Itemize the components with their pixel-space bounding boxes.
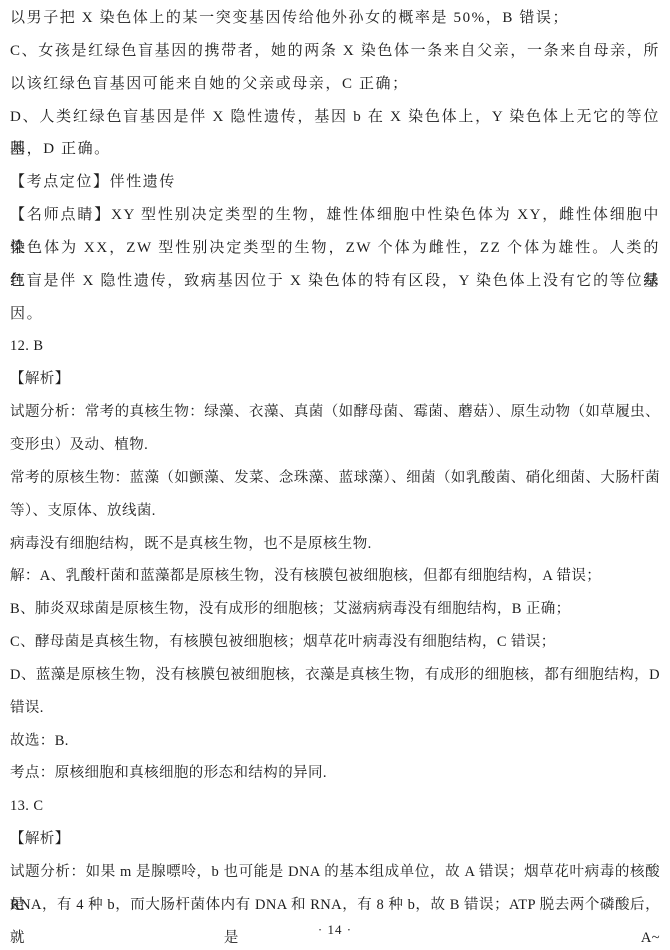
- text-line: C、女孩是红绿色盲基因的携带者，她的两条 X 染色体一条来自父亲，一条来自母亲，…: [10, 35, 660, 68]
- text-line: RNA，有 4 种 b，而大肠杆菌体内有 DNA 和 RNA，有 8 种 b，故…: [10, 889, 660, 922]
- text-line: 等）、支原体、放线菌.: [10, 495, 660, 528]
- text-line: 以男子把 X 染色体上的某一突变基因传给他外孙女的概率是 50%，B 错误；: [10, 2, 660, 35]
- text-line: 故选：B.: [10, 725, 660, 758]
- text-line: 常考的原核生物：蓝藻（如颤藻、发菜、念珠藻、蓝球藻）、细菌（如乳酸菌、硝化细菌、…: [10, 462, 660, 495]
- text-line: 【考点定位】伴性遗传: [10, 166, 660, 199]
- text-line: B、肺炎双球菌是原核生物，没有成形的细胞核；艾滋病病毒没有细胞结构，B 正确；: [10, 593, 660, 626]
- text-line: 12. B: [10, 330, 660, 363]
- page-number: · 14 ·: [0, 918, 670, 942]
- text-line: 色盲是伴 X 隐性遗传，致病基因位于 X 染色体的特有区段，Y 染色体上没有它的…: [10, 265, 660, 298]
- text-line: 考点：原核细胞和真核细胞的形态和结构的异同.: [10, 757, 660, 790]
- text-line: 病毒没有细胞结构，既不是真核生物，也不是原核生物.: [10, 528, 660, 561]
- text-line: 因。: [10, 298, 660, 331]
- text-line: D、人类红绿色盲基因是伴 X 隐性遗传，基因 b 在 X 染色体上，Y 染色体上…: [10, 101, 660, 134]
- text-line: D、蓝藻是原核生物，没有核膜包被细胞核，衣藻是真核生物，有成形的细胞核，都有细胞…: [10, 659, 660, 692]
- text-line: 变形虫）及动、植物.: [10, 429, 660, 462]
- text-line: 以该红绿色盲基因可能来自她的父亲或母亲，C 正确；: [10, 68, 660, 101]
- text-line: 【名师点睛】XY 型性别决定类型的生物，雄性体细胞中性染色体为 XY，雌性体细胞…: [10, 199, 660, 232]
- text-line: 染色体为 XX，ZW 型性别决定类型的生物，ZW 个体为雌性，ZZ 个体为雄性。…: [10, 232, 660, 265]
- text-line: 错误.: [10, 692, 660, 725]
- text-line: 【解析】: [10, 363, 660, 396]
- document-page: 以男子把 X 染色体上的某一突变基因传给他外孙女的概率是 50%，B 错误；C、…: [0, 0, 670, 950]
- text-line: 解：A、乳酸杆菌和蓝藻都是原核生物，没有核膜包被细胞核，但都有细胞结构，A 错误…: [10, 560, 660, 593]
- text-line: 13. C: [10, 790, 660, 823]
- document-body: 以男子把 X 染色体上的某一突变基因传给他外孙女的概率是 50%，B 错误；C、…: [10, 2, 660, 922]
- text-line: C、酵母菌是真核生物，有核膜包被细胞核；烟草花叶病毒没有细胞结构，C 错误；: [10, 626, 660, 659]
- text-line: 试题分析：常考的真核生物：绿藻、衣藻、真菌（如酵母菌、霉菌、蘑菇）、原生动物（如…: [10, 396, 660, 429]
- text-line: 因，D 正确。: [10, 133, 660, 166]
- text-line: 【解析】: [10, 823, 660, 856]
- text-line: 试题分析：如果 m 是腺嘌呤，b 也可能是 DNA 的基本组成单位，故 A 错误…: [10, 856, 660, 889]
